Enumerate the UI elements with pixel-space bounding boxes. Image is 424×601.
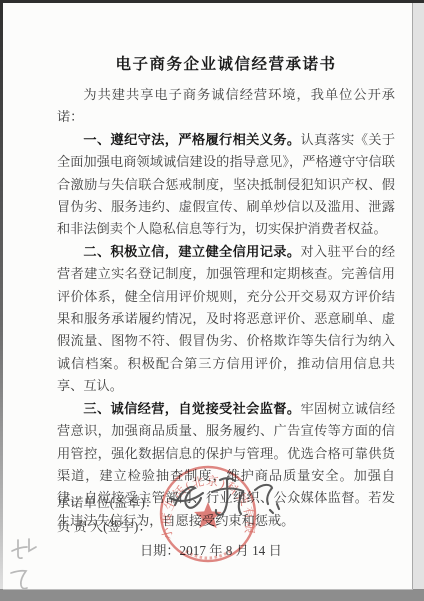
signature-scribble — [163, 469, 283, 527]
paragraph-2-text: 对入驻平台的经营者建立实名登记制度，加强管理和定期核查。完善信用评价体系，健全信… — [57, 244, 395, 393]
paragraph-1-heading: 一、遵纪守法，严格履行相关义务。 — [83, 132, 300, 147]
page-title: 电子商务企业诚信经营承诺书 — [57, 52, 395, 74]
scan-edge-bottom — [0, 589, 424, 601]
paragraph-2: 二、积极立信，建立健全信用记录。对入驻平台的经营者建立实名登记制度，加强管理和定… — [57, 241, 395, 398]
responsible-person-label: 负 责 人(签字)： — [57, 516, 152, 535]
scan-edge-right — [412, 3, 424, 589]
unit-seal-label: 承诺单位(盖章)： — [57, 492, 158, 511]
pencil-mark — [6, 536, 48, 594]
paragraph-3-heading: 三、诚信经营，自觉接受社会监督。 — [83, 401, 300, 416]
document-page: 电子商务企业诚信经营承诺书 为共建共享电子商务诚信经营环境，我单位公开承诺： 一… — [3, 3, 413, 590]
paragraph-2-heading: 二、积极立信，建立健全信用记录。 — [83, 244, 300, 259]
intro-paragraph: 为共建共享电子商务诚信经营环境，我单位公开承诺： — [57, 84, 395, 129]
paragraph-1-text: 认真落实《关于全面加强电商领域诚信建设的指导意见》，严格遵守守信联合激励与失信联… — [57, 132, 395, 237]
paragraph-1: 一、遵纪守法，严格履行相关义务。认真落实《关于全面加强电商领域诚信建设的指导意见… — [57, 129, 395, 241]
scanned-document: 电子商务企业诚信经营承诺书 为共建共享电子商务诚信经营环境，我单位公开承诺： 一… — [0, 0, 424, 601]
